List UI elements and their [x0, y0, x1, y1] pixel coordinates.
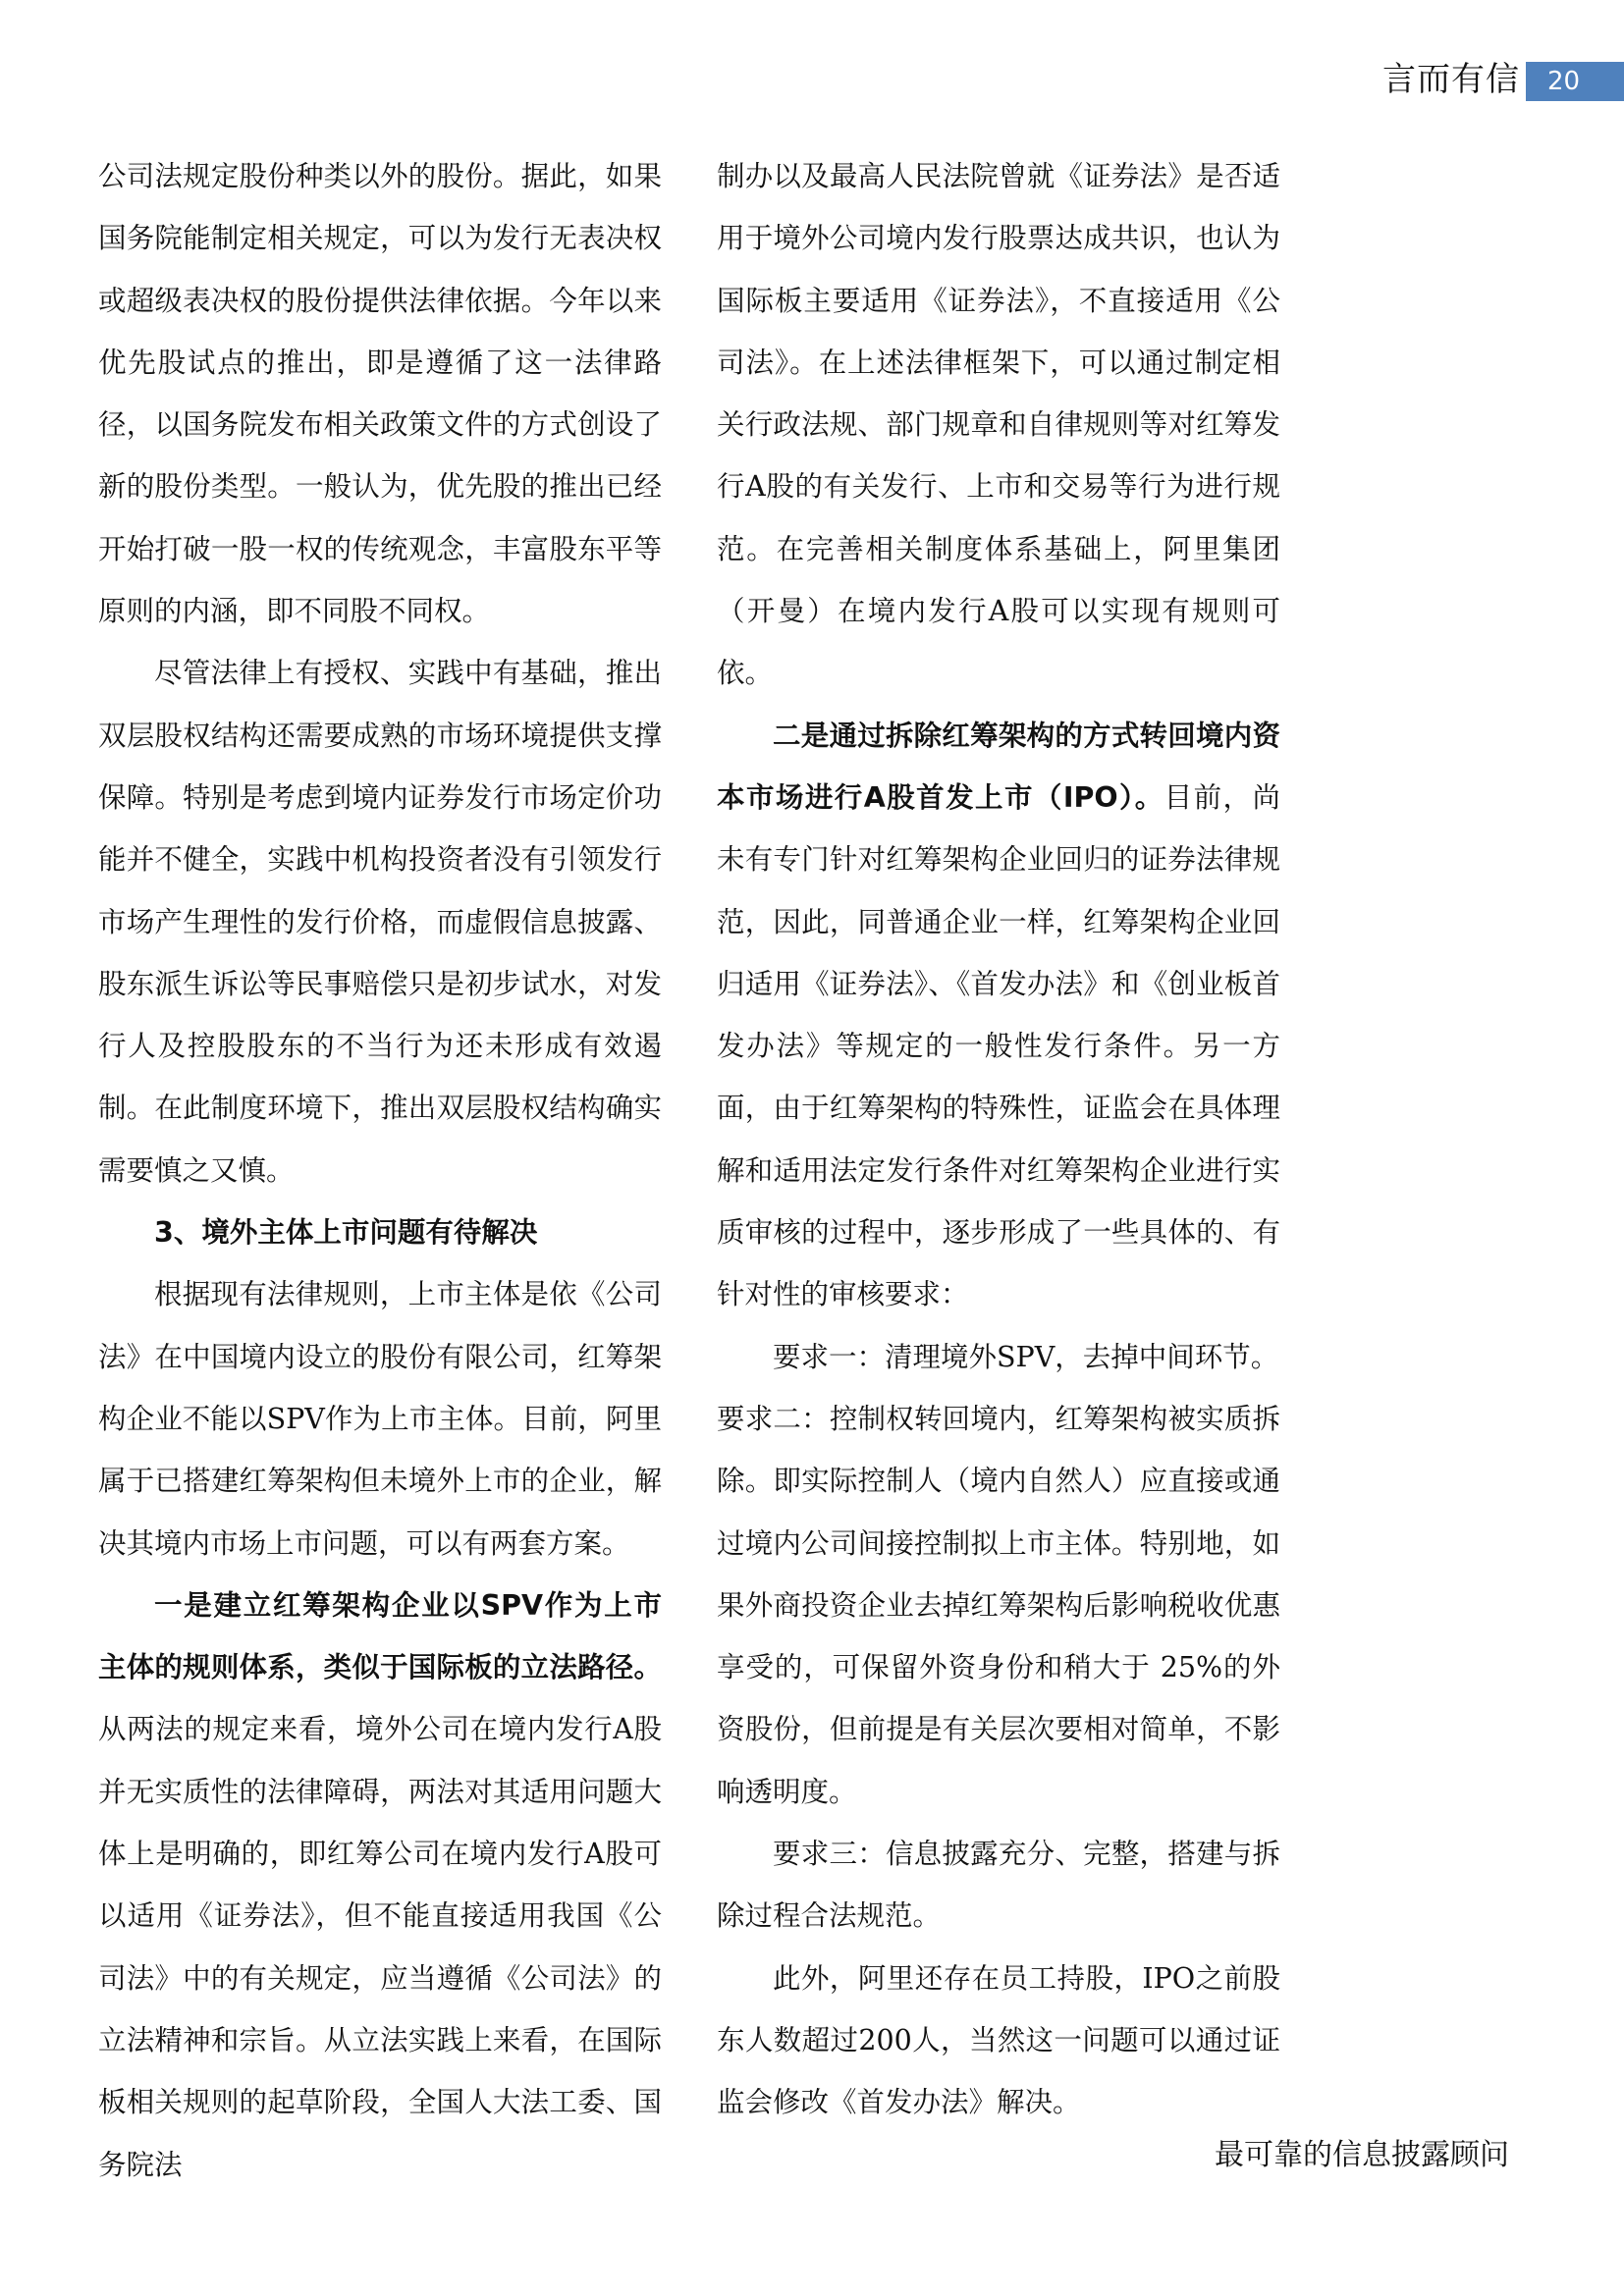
right-column: 制办以及最高人民法院曾就《证券法》是否适用于境外公司境内发行股票达成共识，也认为…: [717, 145, 1280, 2134]
paragraph: 一是建立红筹架构企业以SPV作为上市主体的规则体系，类似于国际板的立法路径。从两…: [98, 1575, 662, 2196]
paragraph: 此外，阿里还存在员工持股，IPO之前股东人数超过200人，当然这一问题可以通过证…: [717, 1948, 1280, 2134]
paragraph: 制办以及最高人民法院曾就《证券法》是否适用于境外公司境内发行股票达成共识，也认为…: [717, 145, 1280, 705]
bold-lead: 一是建立红筹架构企业以SPV作为上市主体的规则体系，类似于国际板的立法路径。: [98, 1589, 662, 1683]
paragraph: 根据现有法律规则，上市主体是依《公司法》在中国境内设立的股份有限公司，红筹架构企…: [98, 1263, 662, 1574]
magazine-title: 言而有信: [1382, 57, 1520, 102]
requirement-1: 要求一：清理境外SPV，去掉中间环节。: [717, 1326, 1280, 1388]
page-number-badge: 20: [1526, 62, 1624, 101]
left-column: 公司法规定股份种类以外的股份。据此，如果国务院能制定相关规定，可以为发行无表决权…: [98, 145, 662, 2196]
paragraph: 二是通过拆除红筹架构的方式转回境内资本市场进行A股首发上市（IPO）。目前，尚未…: [717, 705, 1280, 1326]
paragraph: 尽管法律上有授权、实践中有基础，推出双层股权结构还需要成熟的市场环境提供支撑保障…: [98, 642, 662, 1201]
paragraph-text: 从两法的规定来看，境外公司在境内发行A股并无实质性的法律障碍，两法对其适用问题大…: [98, 1713, 662, 2180]
requirement-3: 要求三：信息披露充分、完整，搭建与拆除过程合法规范。: [717, 1823, 1280, 1948]
paragraph: 公司法规定股份种类以外的股份。据此，如果国务院能制定相关规定，可以为发行无表决权…: [98, 145, 662, 642]
section-heading: 3、境外主体上市问题有待解决: [98, 1201, 662, 1263]
requirement-2: 要求二：控制权转回境内，红筹架构被实质拆除。即实际控制人（境内自然人）应直接或通…: [717, 1388, 1280, 1823]
footer-tagline: 最可靠的信息披露顾问: [1215, 2136, 1509, 2175]
paragraph-text: 目前，尚未有专门针对红筹架构企业回归的证券法律规范，因此，同普通企业一样，红筹架…: [717, 781, 1280, 1310]
